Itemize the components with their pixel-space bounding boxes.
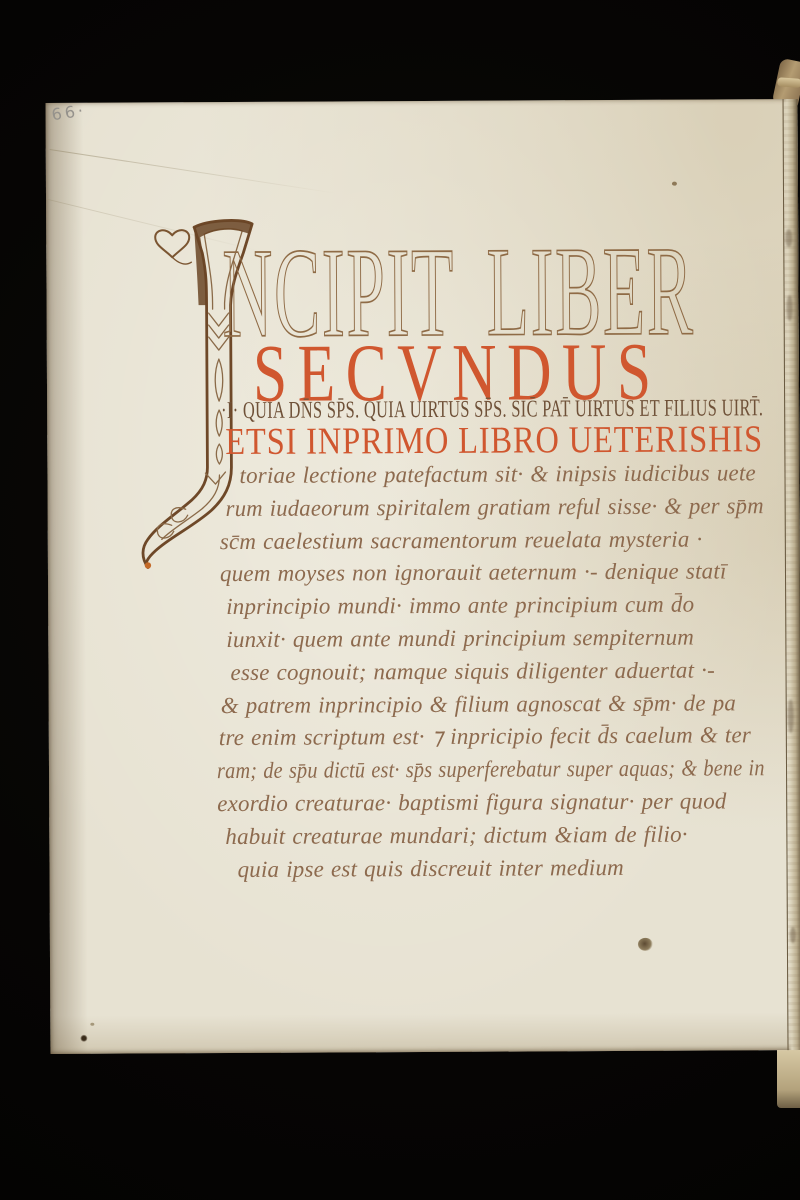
parchment-stain (638, 938, 653, 951)
body-line: exordio creaturae· baptismi figura signa… (217, 789, 726, 815)
crease (50, 149, 337, 194)
body-line: rum iudaeorum spiritalem gratiam reful s… (226, 494, 764, 520)
body-line: esse cognouit; namque siquis diligenter … (230, 658, 715, 684)
body-line: quem moyses non ignorauit aeternum ·- de… (220, 559, 727, 585)
edge-smudge (787, 295, 793, 321)
body-line: tre enim scriptum est· ⁊ inpricipio feci… (219, 723, 751, 749)
photo-backdrop: 66· (0, 0, 800, 1200)
edge-smudge (790, 927, 796, 943)
body-line: & patrem inprincipio & filium agnoscat &… (221, 691, 737, 717)
parchment-speck (672, 182, 677, 186)
cord-band (777, 77, 800, 88)
opening-rubric: ETSI INPRIMO LIBRO UETERISHIS (225, 420, 763, 461)
body-line: quia ipse est quis discreuit inter mediu… (237, 856, 624, 881)
body-line: toriae lectione patefactum sit· & inipsi… (239, 461, 756, 487)
wormhole (80, 1035, 87, 1042)
body-line: habuit creaturae mundari; dictum &iam de… (225, 823, 687, 848)
body-line: sc̄m caelestium sacramentorum reuelata m… (220, 528, 703, 554)
page-fragment (777, 1048, 800, 1108)
edge-smudge (788, 699, 794, 733)
manuscript-page: 66· (46, 99, 800, 1054)
edge-smudge (785, 229, 792, 247)
folio-number: 66· (50, 100, 87, 124)
parchment-speck (90, 1023, 94, 1026)
body-line: iunxit· quem ante mundi principium sempi… (226, 626, 694, 651)
body-line: ram; de sp̄u dictū est· sp̄s superfereba… (217, 756, 765, 782)
body-line: inprincipio mundi· immo ante principium … (226, 593, 694, 618)
